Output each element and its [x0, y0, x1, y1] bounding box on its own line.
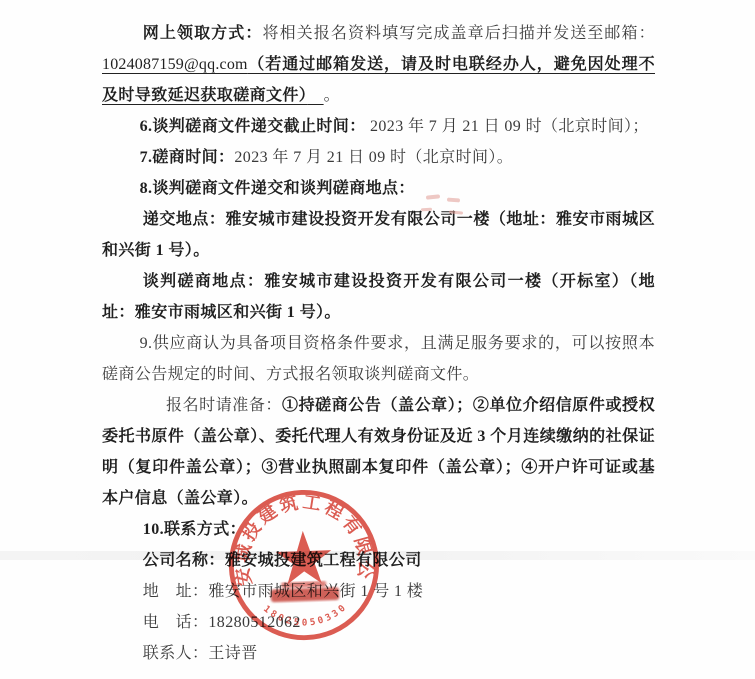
paragraph-company-name: 公司名称：雅安城投建筑工程有限公司 [102, 545, 655, 576]
paragraph-item10: 10.联系方式： [102, 514, 655, 545]
company-name-value: 雅安城投建筑工程有限公司 [225, 552, 422, 569]
pickup-period: 。 [324, 87, 340, 104]
pickup-email: 1024087159@qq.com [102, 56, 248, 73]
negotiation-location-label: 谈判磋商地点： [143, 273, 265, 290]
paragraph-submit-location: 递交地点：雅安城市建设投资开发有限公司一楼（地址：雅安市雨城区和兴街 1 号）。 [102, 204, 655, 266]
paragraph-item8: 8.谈判磋商文件递交和谈判磋商地点： [102, 173, 655, 204]
company-name-label: 公司名称： [143, 552, 225, 569]
document-body: 网上领取方式：将相关报名资料填写完成盖章后扫描并发送至邮箱：1024087159… [102, 18, 655, 669]
paragraph-registration: 报名时请准备：①持磋商公告（盖公章）；②单位介绍信原件或授权委托书原件（盖公章）… [102, 390, 655, 514]
paragraph-address: 地 址：雅安市雨城区和兴街 1 号 1 楼 [102, 576, 655, 607]
registration-label: 报名时请准备： [166, 397, 282, 414]
item9-text: 9.供应商认为具备项目资格条件要求，且满足服务要求的，可以按照本磋商公告规定的时… [102, 335, 655, 383]
document-page: 网上领取方式：将相关报名资料填写完成盖章后扫描并发送至邮箱：1024087159… [0, 0, 755, 679]
item7-value: 2023 年 7 月 21 日 09 时（北京时间）。 [234, 149, 513, 166]
item7-label: 7.磋商时间： [140, 149, 235, 166]
submit-location-label: 递交地点： [143, 211, 226, 228]
phone-label: 电 话： [143, 614, 209, 631]
item8-label: 8.谈判磋商文件递交和谈判磋商地点： [140, 180, 415, 197]
paragraph-negotiation-location: 谈判磋商地点：雅安城市建设投资开发有限公司一楼（开标室）（地址：雅安市雨城区和兴… [102, 266, 655, 328]
paragraph-item9: 9.供应商认为具备项目资格条件要求，且满足服务要求的，可以按照本磋商公告规定的时… [102, 328, 655, 390]
paragraph-online-pickup: 网上领取方式：将相关报名资料填写完成盖章后扫描并发送至邮箱：1024087159… [102, 18, 655, 111]
contact-label: 联系人： [143, 645, 209, 662]
contact-value: 王诗晋 [208, 645, 257, 662]
phone-value: 18280512062 [208, 614, 300, 631]
item6-label: 6.谈判磋商文件递交截止时间： [140, 118, 366, 135]
paragraph-item7: 7.磋商时间：2023 年 7 月 21 日 09 时（北京时间）。 [102, 142, 655, 173]
underline-tail [307, 87, 323, 104]
pickup-method-label: 网上领取方式： [143, 25, 263, 42]
address-value: 雅安市雨城区和兴街 1 号 1 楼 [208, 583, 423, 600]
paragraph-phone: 电 话：18280512062 [102, 607, 655, 638]
address-label: 地 址： [143, 583, 209, 600]
item6-value: 2023 年 7 月 21 日 09 时（北京时间）； [366, 118, 649, 135]
paragraph-item6: 6.谈判磋商文件递交截止时间： 2023 年 7 月 21 日 09 时（北京时… [102, 111, 655, 142]
paragraph-contact: 联系人：王诗晋 [102, 638, 655, 669]
pickup-method-text: 将相关报名资料填写完成盖章后扫描并发送至邮箱： [262, 25, 655, 42]
item10-label: 10.联系方式： [143, 521, 246, 538]
